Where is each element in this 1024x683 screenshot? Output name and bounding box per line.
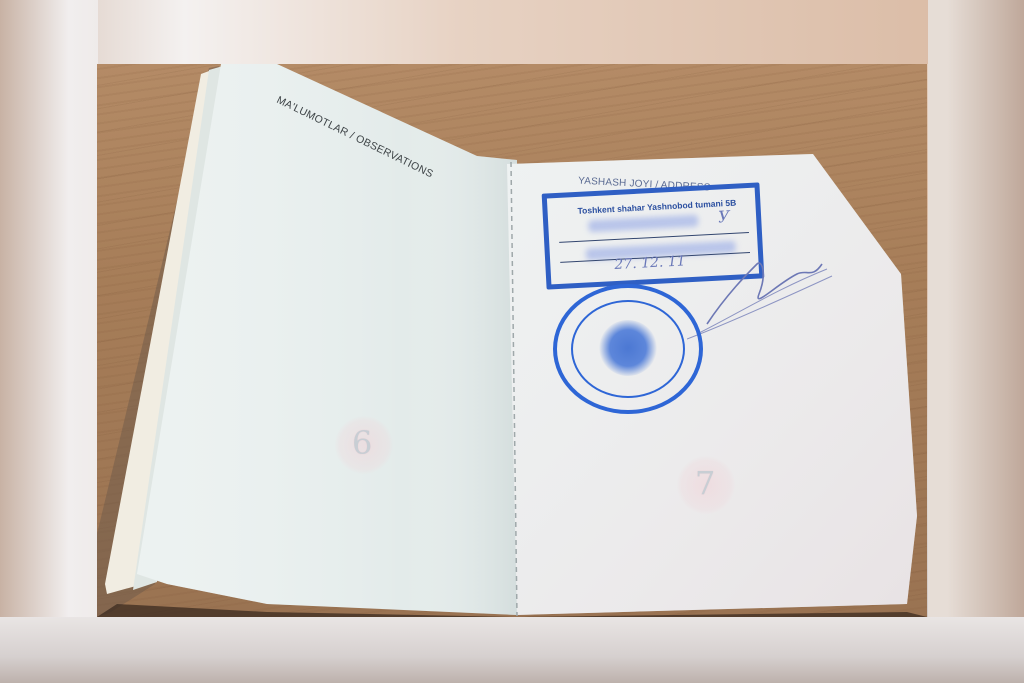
blurred-background-right xyxy=(928,0,1024,683)
handwritten-letter: У xyxy=(718,207,731,227)
blurred-background-bottom xyxy=(0,617,1024,683)
address-stamp-line1: Toshkent shahar Yashnobod tumani 5B xyxy=(577,198,736,216)
page-number-7: 7 xyxy=(695,464,715,502)
redacted-text xyxy=(588,215,698,233)
blurred-background-left xyxy=(0,0,98,683)
passport-photo: MA'LUMOTLAR / OBSERVATIONS 6 YASHASH JOY… xyxy=(97,64,927,617)
blurred-background-top xyxy=(0,0,1024,64)
handwritten-date: 27. 12. 11 xyxy=(614,253,686,273)
state-emblem-icon xyxy=(599,320,657,376)
ministry-round-stamp xyxy=(553,284,703,414)
signature xyxy=(687,234,837,344)
page-number-6: 6 xyxy=(352,424,372,462)
